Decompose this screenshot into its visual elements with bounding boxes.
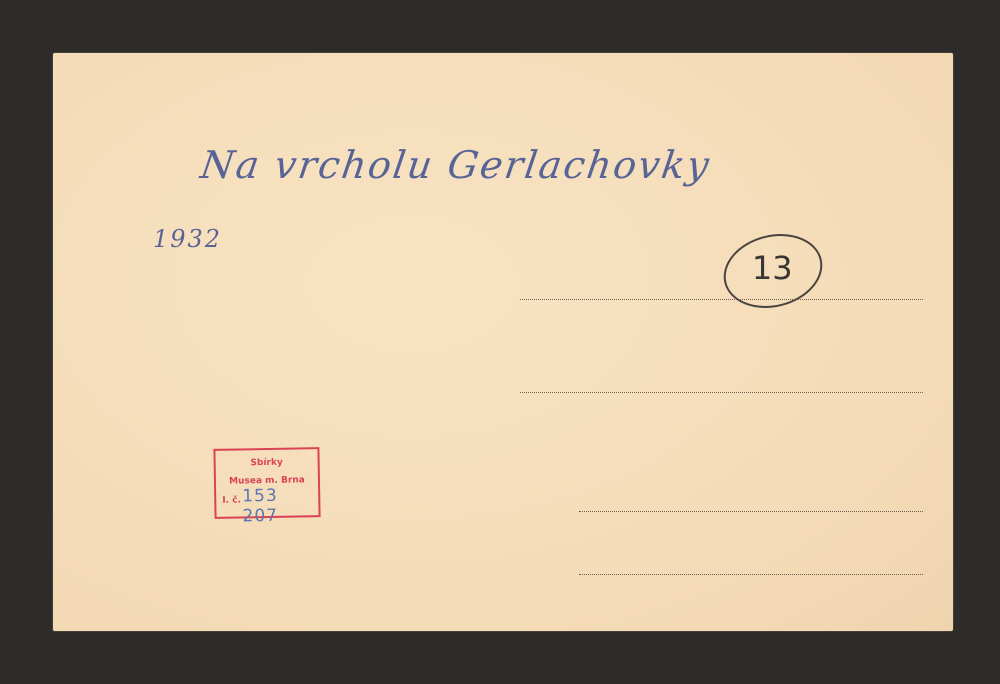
circled-number: 13 (716, 224, 830, 318)
museum-stamp: Sbírky Musea m. Brna I. č. 153 207 (213, 447, 320, 519)
stamp-inventory-prefix: I. č. (222, 495, 241, 505)
address-line-2 (520, 392, 923, 393)
handwritten-caption: Na vrcholu Gerlachovky (198, 143, 714, 187)
stamp-inventory-number: 153 207 (242, 485, 319, 526)
stamp-collection-label: Sbírky (216, 457, 318, 469)
address-line-1 (520, 299, 923, 300)
handwritten-year: 1932 (153, 225, 222, 253)
circled-number-text: 13 (724, 249, 820, 287)
address-line-4 (579, 574, 923, 575)
address-line-3 (579, 511, 923, 512)
postcard-back: Na vrcholu Gerlachovky 1932 13 Sbírky Mu… (53, 53, 953, 631)
